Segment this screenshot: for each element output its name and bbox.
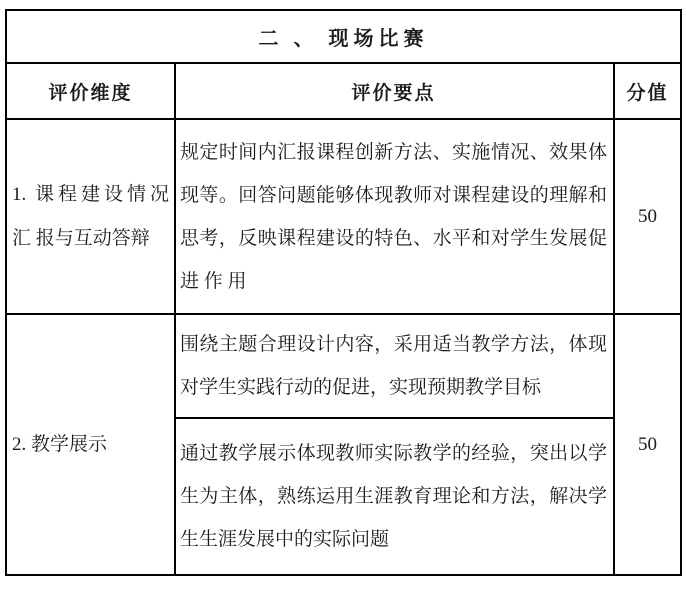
text-line: 1. 课程建设情况 (12, 173, 169, 217)
row1-points-cell: 规定时间内汇报课程创新方法、实施情况、效果体现等。回答问题能够体现教师对课程建设… (176, 120, 615, 313)
row1-dimension-cell: 1. 课程建设情况汇 报与互动答辩 (7, 120, 176, 313)
text-line: 生为主体，熟练运用生涯教育理论和方法，解决学 (180, 475, 607, 518)
table-header-row: 评价维度 评价要点 分值 (7, 64, 680, 120)
text-line: 围绕主题合理设计内容，采用适当教学方法，体现 (180, 323, 607, 366)
text-line: 对学生实践行动的促进，实现预期教学目标 (180, 366, 607, 409)
text-line: 思考，反映课程建设的特色、水平和对学生发展促 (180, 217, 607, 260)
text-line: 2. 教学展示 (12, 423, 169, 467)
text-line: 通过教学展示体现教师实际教学的经验，突出以学 (180, 432, 607, 475)
row2-points-cell-top: 围绕主题合理设计内容，采用适当教学方法，体现对学生实践行动的促进，实现预期教学目… (176, 315, 613, 419)
text-line: 汇 报与互动答辩 (12, 217, 169, 261)
row2-points-column: 围绕主题合理设计内容，采用适当教学方法，体现对学生实践行动的促进，实现预期教学目… (176, 315, 615, 574)
header-points: 评价要点 (176, 64, 615, 118)
row2-dimension-cell: 2. 教学展示 (7, 315, 176, 574)
table-row: 1. 课程建设情况汇 报与互动答辩 规定时间内汇报课程创新方法、实施情况、效果体… (7, 120, 680, 315)
text-line: 现等。回答问题能够体现教师对课程建设的理解和 (180, 174, 607, 217)
table-title: 二 、 现场比赛 (7, 11, 680, 64)
text-line: 生生涯发展中的实际问题 (180, 518, 607, 561)
text-line: 规定时间内汇报课程创新方法、实施情况、效果体 (180, 131, 607, 174)
row1-score-cell: 50 (615, 120, 680, 313)
evaluation-table: 二 、 现场比赛 评价维度 评价要点 分值 1. 课程建设情况汇 报与互动答辩 … (5, 9, 682, 576)
table-row: 2. 教学展示 围绕主题合理设计内容，采用适当教学方法，体现对学生实践行动的促进… (7, 315, 680, 574)
row2-score-cell: 50 (615, 315, 680, 574)
header-dimension: 评价维度 (7, 64, 176, 118)
header-score: 分值 (615, 64, 680, 118)
row2-points-cell-bottom: 通过教学展示体现教师实际教学的经验，突出以学生为主体，熟练运用生涯教育理论和方法… (176, 419, 613, 574)
text-line: 进 作 用 (180, 260, 607, 303)
